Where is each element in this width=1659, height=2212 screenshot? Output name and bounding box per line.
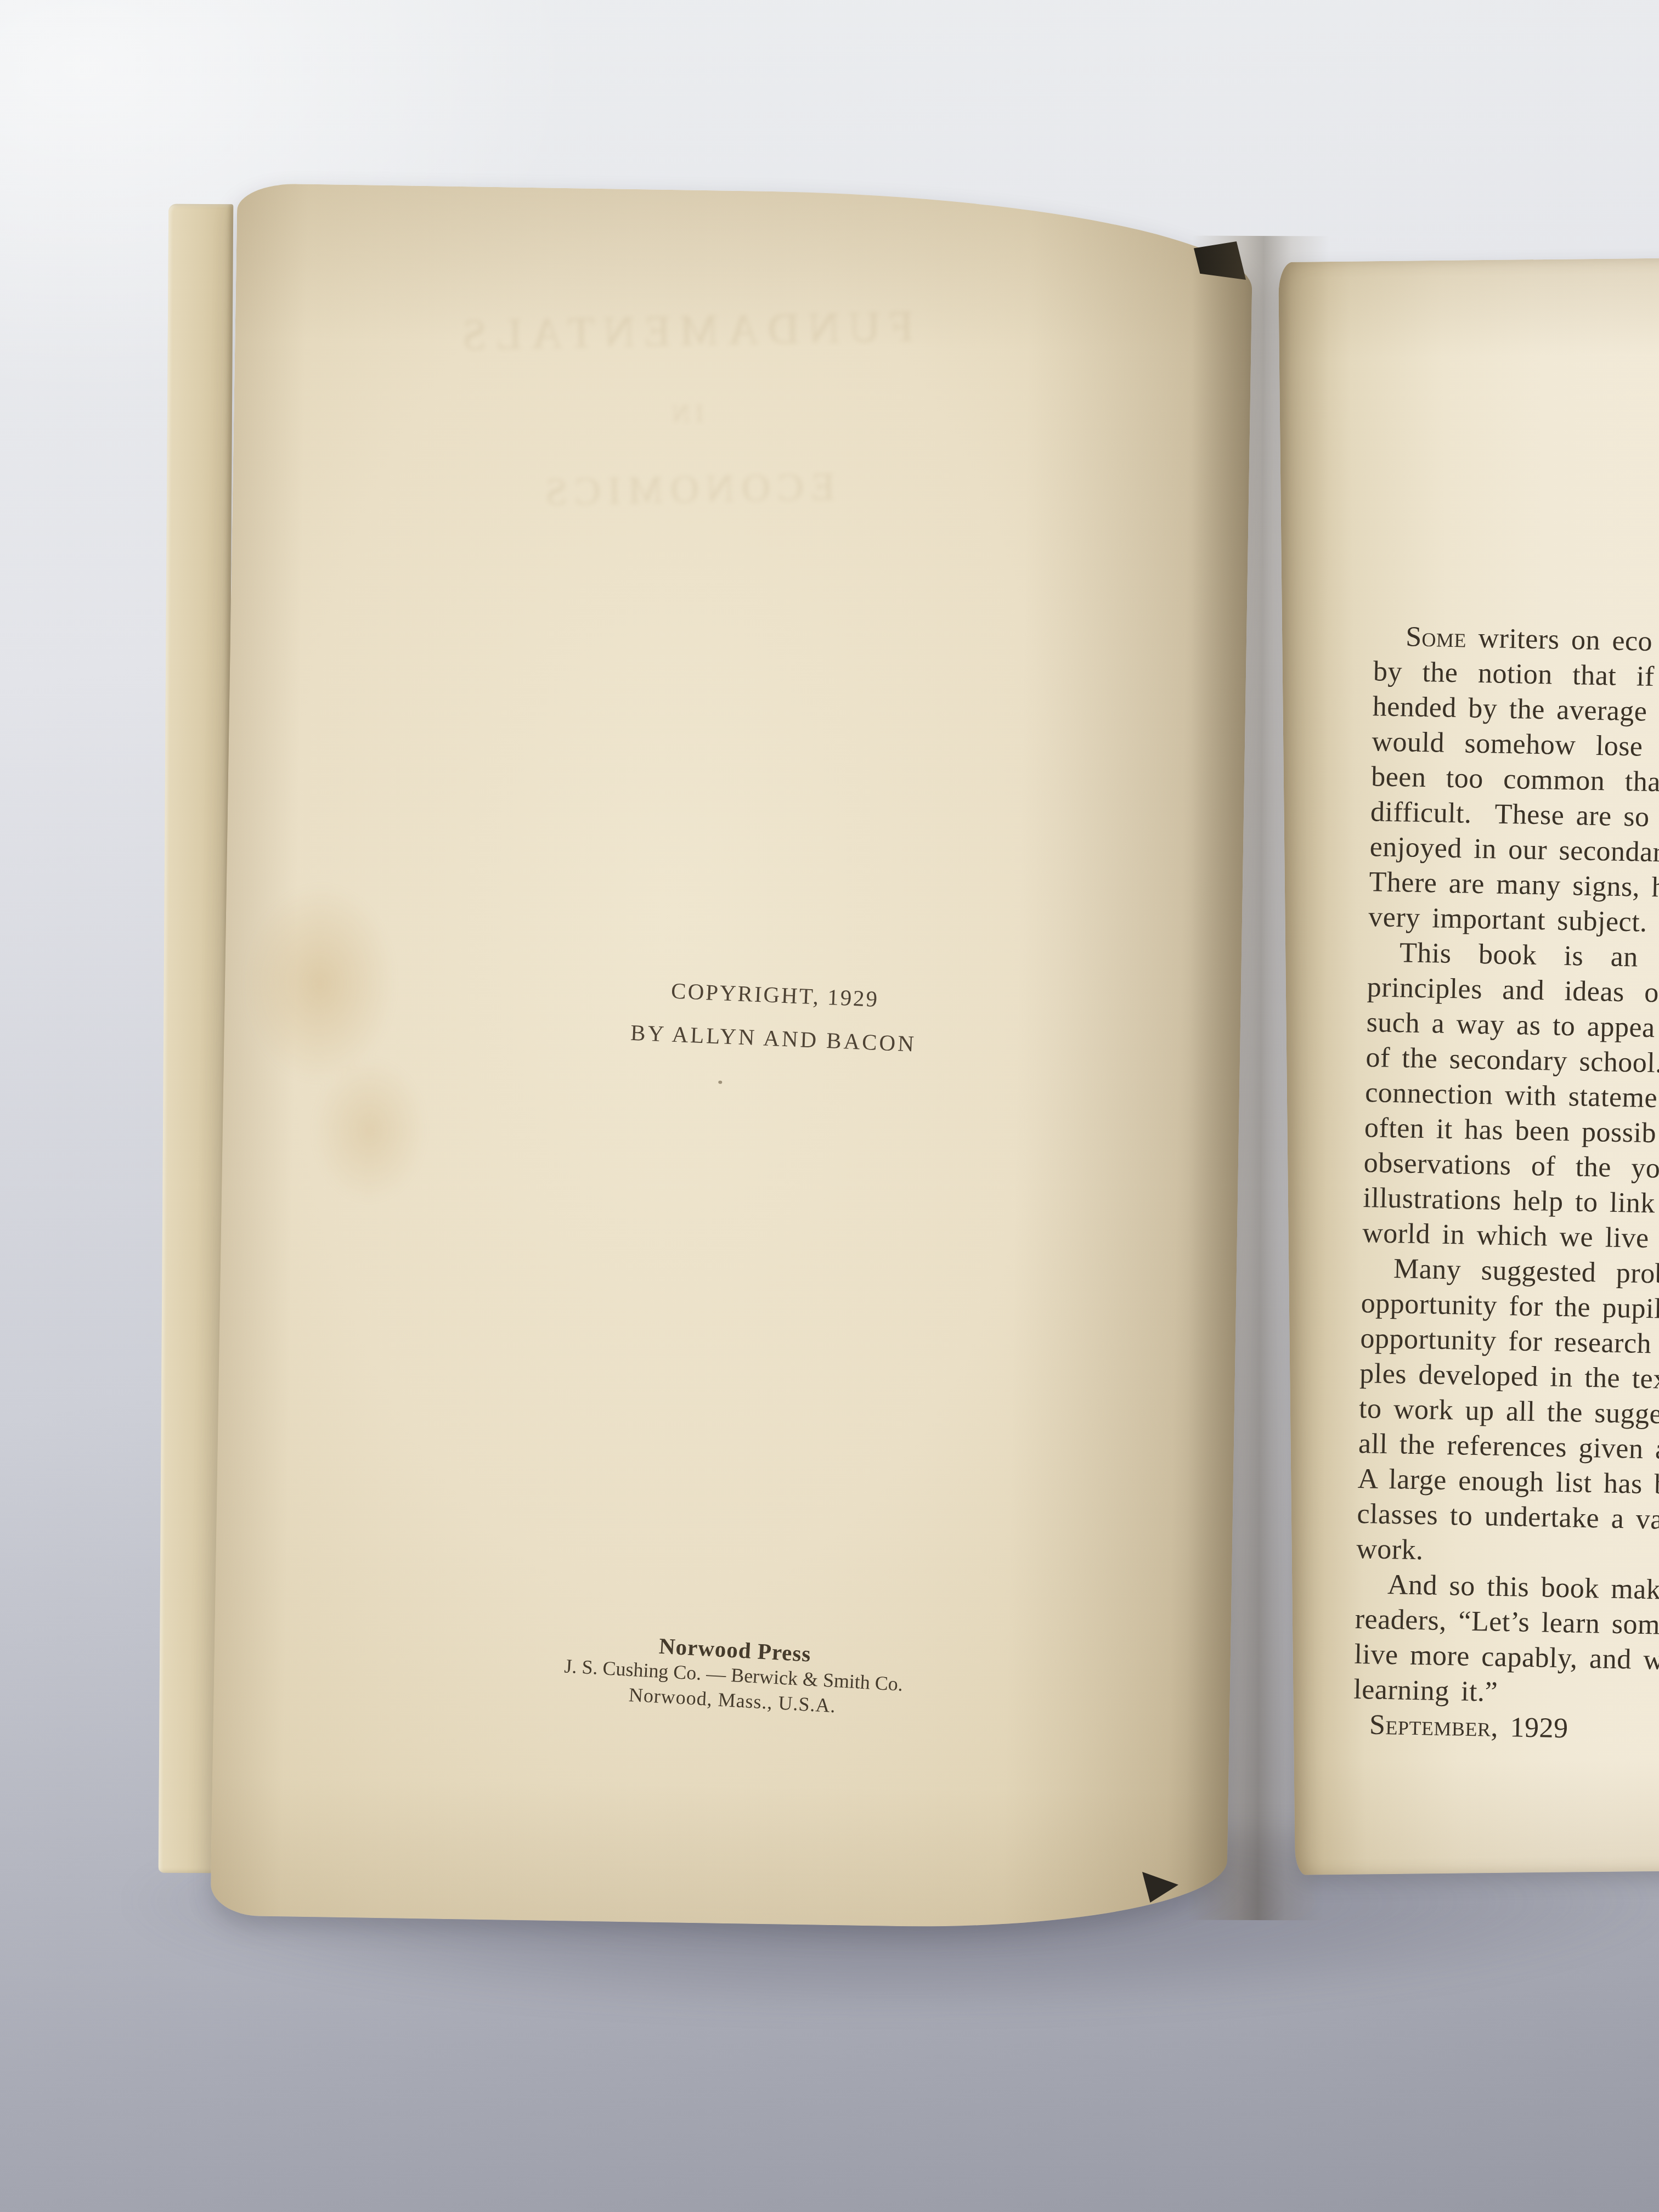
text-line-body: 1929	[1498, 1712, 1568, 1744]
preface-date-line: September, 1929	[1353, 1707, 1659, 1752]
copyright-holder-line: BY ALLYN AND BACON	[559, 1017, 988, 1060]
title-showthrough: FUNDAMENTALS IN ECONOMICS	[359, 300, 1011, 518]
smallcaps-lead: Some	[1406, 621, 1467, 653]
right-page: Some writers on eco by the notion that i…	[1278, 257, 1659, 1875]
smallcaps-lead: September,	[1369, 1709, 1499, 1742]
copyright-notice: COPYRIGHT, 1929 BY ALLYN AND BACON	[559, 973, 989, 1060]
showthrough-line: ECONOMICS	[363, 460, 1011, 518]
left-page: FUNDAMENTALS IN ECONOMICS COPYRIGHT, 192…	[210, 183, 1253, 1932]
text-line-body: writers on eco	[1466, 622, 1653, 657]
printer-imprint: Norwood Press J. S. Cushing Co. — Berwic…	[504, 1625, 963, 1725]
showthrough-line: FUNDAMENTALS	[359, 300, 1008, 363]
preface-text: Some writers on eco by the notion that i…	[1353, 619, 1659, 1752]
photo-of-open-book: { "photo": { "subject": "Open vintage ha…	[0, 0, 1659, 2212]
paper-speck	[718, 1081, 722, 1084]
showthrough-line: IN	[361, 393, 1009, 435]
page-stain	[199, 836, 512, 1257]
copyright-year-line: COPYRIGHT, 1929	[561, 973, 989, 1017]
